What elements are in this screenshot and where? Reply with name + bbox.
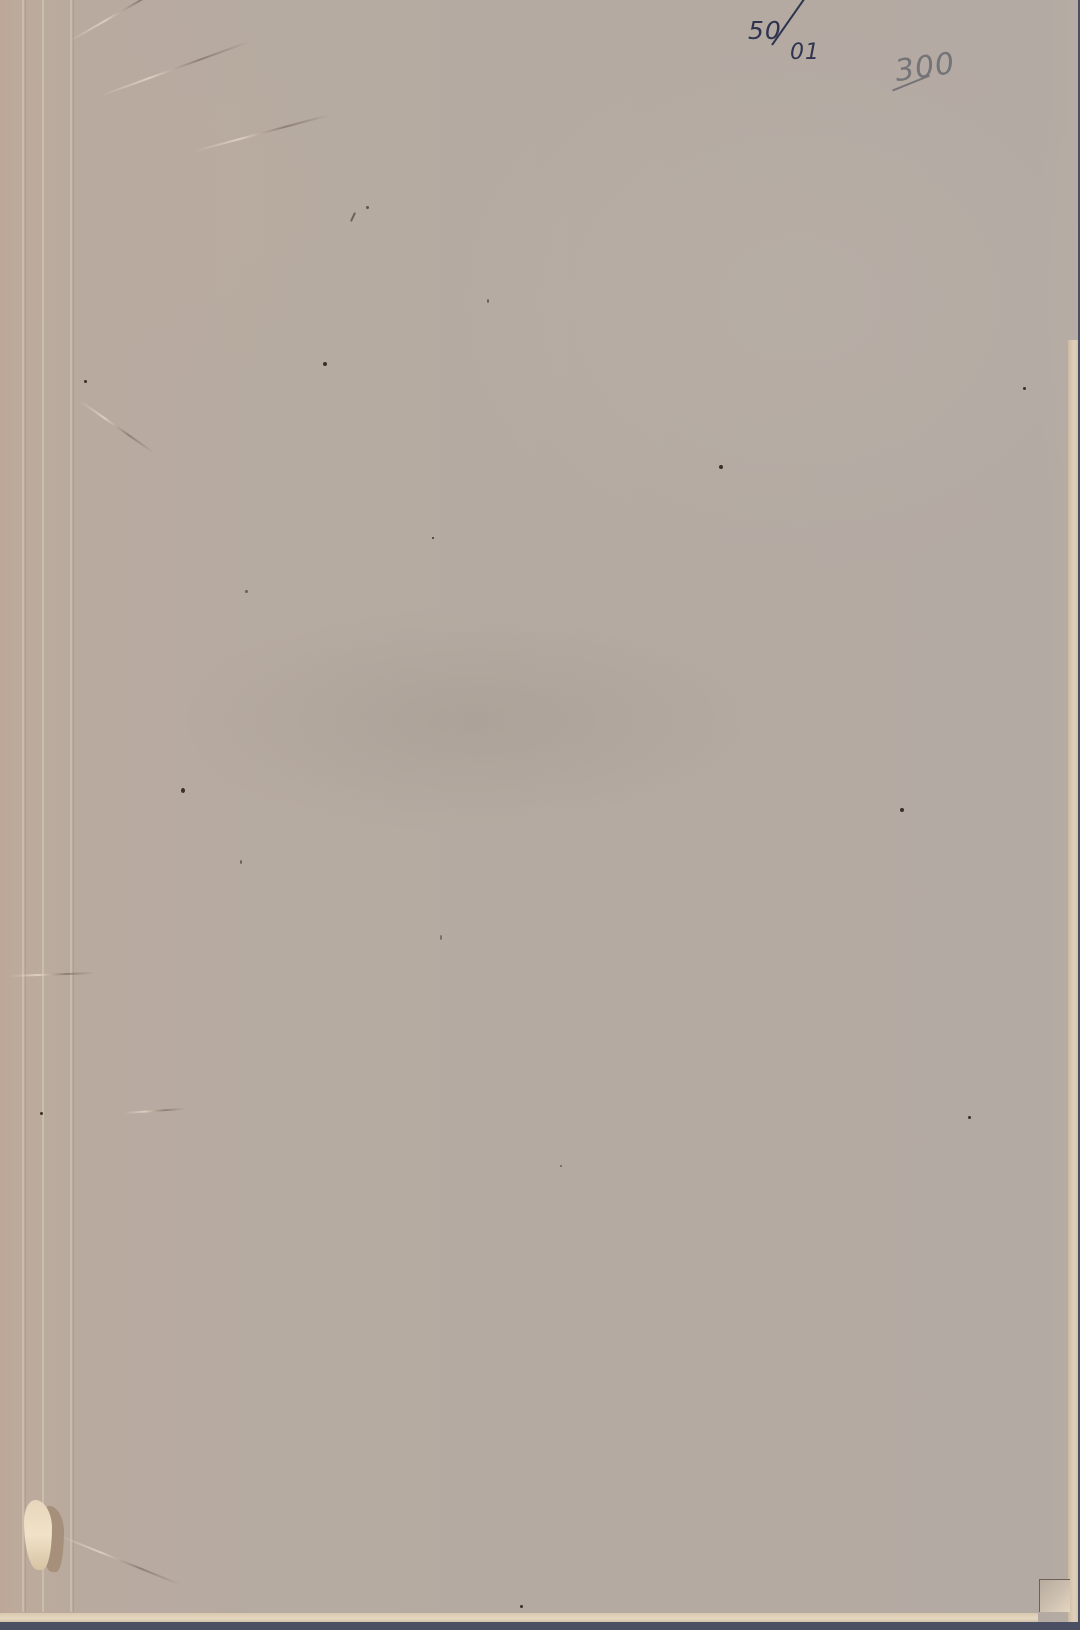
pencil-annotation: 300 — [893, 46, 958, 89]
spine-fold-shadow — [25, 0, 26, 1612]
paper-edge-bottom — [0, 1613, 1038, 1622]
crease — [125, 1108, 185, 1114]
spine-fold-shadow — [73, 0, 74, 1612]
crease — [70, 0, 175, 42]
crease — [100, 40, 251, 97]
crease — [195, 114, 331, 152]
speck — [40, 1112, 43, 1115]
spine-fold-line — [70, 0, 72, 1612]
speck — [432, 537, 434, 539]
speck — [84, 380, 87, 383]
speck — [440, 935, 442, 940]
corner-fold — [1039, 1579, 1070, 1612]
spine-fold-line — [22, 0, 24, 1612]
speck — [560, 1165, 562, 1167]
paper-edge-right — [1068, 340, 1078, 1622]
speck — [520, 1605, 523, 1608]
speck — [350, 212, 356, 222]
crease — [79, 400, 154, 453]
torn-patch — [24, 1500, 52, 1570]
speck — [366, 206, 369, 209]
speck — [487, 299, 489, 303]
ink-denominator: 01 — [790, 40, 820, 65]
speck — [968, 1116, 971, 1119]
paper-cover: 50 01 300 — [0, 0, 1078, 1622]
speck — [240, 860, 242, 864]
speck — [1023, 387, 1026, 390]
ink-annotation: 50 01 — [748, 8, 828, 78]
crease — [60, 1535, 181, 1586]
speck — [245, 590, 248, 593]
spine-fold-line — [42, 0, 44, 1612]
speck — [181, 788, 185, 793]
speck — [719, 465, 723, 469]
ink-numerator: 50 — [748, 16, 782, 45]
speck — [900, 808, 904, 812]
speck — [323, 362, 327, 366]
